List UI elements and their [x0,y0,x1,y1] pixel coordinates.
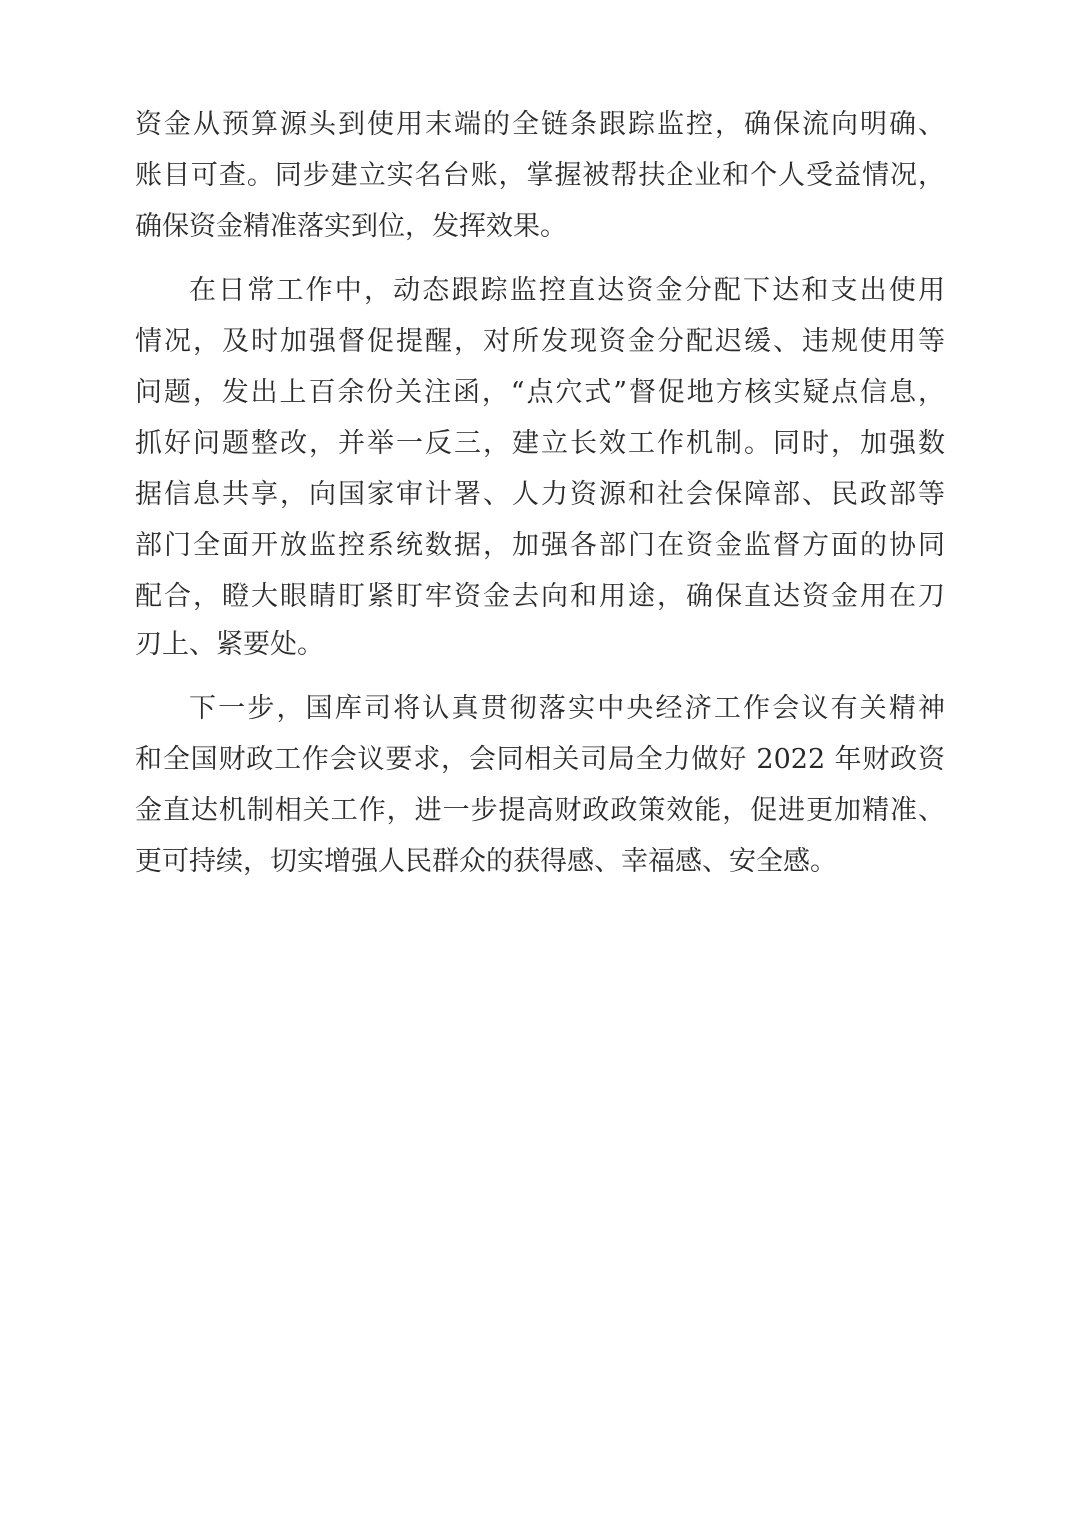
text-line: 和全国财政工作会议要求，会同相关司局全力做好 2022 年财政资 [135,743,945,777]
text-line: 确保资金精准落实到位，发挥效果。 [135,210,945,244]
text-line: 金直达机制相关工作，进一步提高财政政策效能，促进更加精准、 [135,794,945,828]
text-line: 情况，及时加强督促提醒，对所发现资金分配迟缓、违规使用等 [135,325,945,359]
text-line: 更可持续，切实增强人民群众的获得感、幸福感、安全感。 [135,845,945,879]
text-line: 刃上、紧要处。 [135,628,945,662]
text-line: 账目可查。同步建立实名台账，掌握被帮扶企业和个人受益情况， [135,159,945,193]
text-line: 在日常工作中，动态跟踪监控直达资金分配下达和支出使用 [189,274,945,308]
text-line: 问题，发出上百余份关注函，“点穴式”督促地方核实疑点信息， [135,376,945,410]
text-line: 部门全面开放监控系统数据，加强各部门在资金监督方面的协同 [135,529,945,563]
text-line: 配合，瞪大眼睛盯紧盯牢资金去向和用途，确保直达资金用在刀 [135,580,945,614]
text-line: 下一步，国库司将认真贯彻落实中央经济工作会议有关精神 [189,692,945,726]
text-line: 据信息共享，向国家审计署、人力资源和社会保障部、民政部等 [135,478,945,512]
text-line: 抓好问题整改，并举一反三，建立长效工作机制。同时，加强数 [135,427,945,461]
text-line: 资金从预算源头到使用末端的全链条跟踪监控，确保流向明确、 [135,108,945,142]
